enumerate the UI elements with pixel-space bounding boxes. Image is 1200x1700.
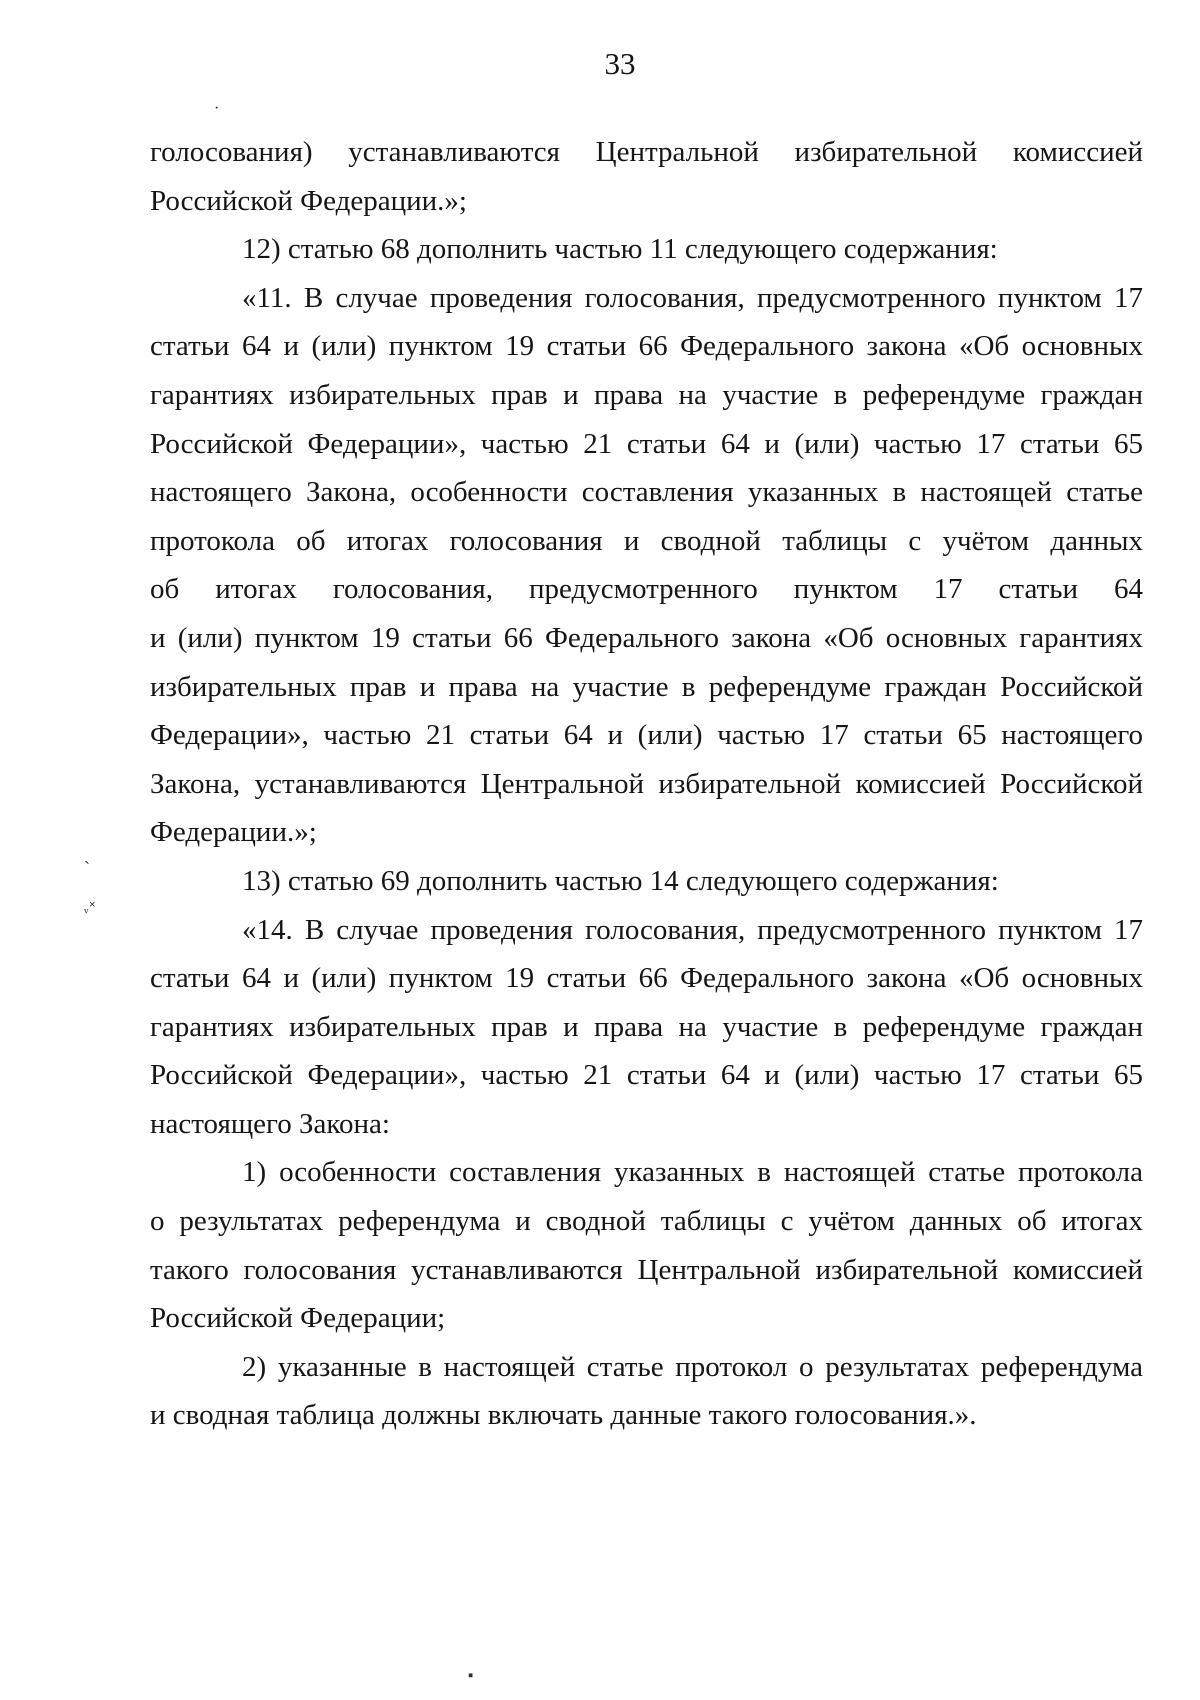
scan-speck: · — [214, 100, 219, 118]
text-line: гарантиях избирательных прав и права на … — [150, 1003, 1143, 1052]
page-number: 33 — [0, 46, 1200, 82]
text-line: об итогах голосования, предусмотренного … — [150, 565, 1143, 614]
paragraph: 1) особенности составления указанных в н… — [150, 1148, 1143, 1342]
text-line: 2) указанные в настоящей статье протокол… — [150, 1343, 1143, 1392]
text-line: гарантиях избирательных прав и права на … — [150, 371, 1143, 420]
paragraph: 13) статью 69 дополнить частью 14 следую… — [150, 857, 1143, 906]
text-line: статьи 64 и (или) пунктом 19 статьи 66 Ф… — [150, 954, 1143, 1003]
text-line: Российской Федерации», частью 21 статьи … — [150, 420, 1143, 469]
text-line: Федерации», частью 21 статьи 64 и (или) … — [150, 711, 1143, 760]
text-line: голосования) устанавливаются Центральной… — [150, 128, 1143, 177]
paragraph: 2) указанные в настоящей статье протокол… — [150, 1343, 1143, 1440]
document-body: голосования) устанавливаются Центральной… — [150, 128, 1143, 1440]
paragraph: «11. В случае проведения голосования, пр… — [150, 274, 1143, 857]
document-page: 33 голосования) устанавливаются Централь… — [0, 0, 1200, 1700]
text-line: такого голосования устанавливаются Центр… — [150, 1246, 1143, 1295]
text-line: «11. В случае проведения голосования, пр… — [150, 274, 1143, 323]
text-line: Российской Федерации; — [150, 1294, 1143, 1343]
scan-speck: ᵥ˟ — [84, 900, 96, 917]
text-line: Закона, устанавливаются Центральной изби… — [150, 760, 1143, 809]
text-line: и сводная таблица должны включать данные… — [150, 1391, 1143, 1440]
text-line: 13) статью 69 дополнить частью 14 следую… — [150, 857, 1143, 906]
text-line: 12) статью 68 дополнить частью 11 следую… — [150, 225, 1143, 274]
text-line: протокола об итогах голосования и сводно… — [150, 517, 1143, 566]
text-line: о результатах референдума и сводной табл… — [150, 1197, 1143, 1246]
text-line: Российской Федерации.»; — [150, 177, 1143, 226]
text-line: Российской Федерации», частью 21 статьи … — [150, 1051, 1143, 1100]
text-line: «14. В случае проведения голосования, пр… — [150, 906, 1143, 955]
text-line: и (или) пунктом 19 статьи 66 Федеральног… — [150, 614, 1143, 663]
text-line: 1) особенности составления указанных в н… — [150, 1148, 1143, 1197]
paragraph: «14. В случае проведения голосования, пр… — [150, 906, 1143, 1149]
text-line: настоящего Закона: — [150, 1100, 1143, 1149]
paragraph: 12) статью 68 дополнить частью 11 следую… — [150, 225, 1143, 274]
text-line: Федерации.»; — [150, 808, 1143, 857]
text-line: избирательных прав и права на участие в … — [150, 663, 1143, 712]
scan-speck: ˋ — [84, 858, 90, 879]
text-line: статьи 64 и (или) пунктом 19 статьи 66 Ф… — [150, 322, 1143, 371]
text-line: настоящего Закона, особенности составлен… — [150, 468, 1143, 517]
paragraph: голосования) устанавливаются Центральной… — [150, 128, 1143, 225]
scan-speck: ▪ — [468, 1668, 473, 1685]
